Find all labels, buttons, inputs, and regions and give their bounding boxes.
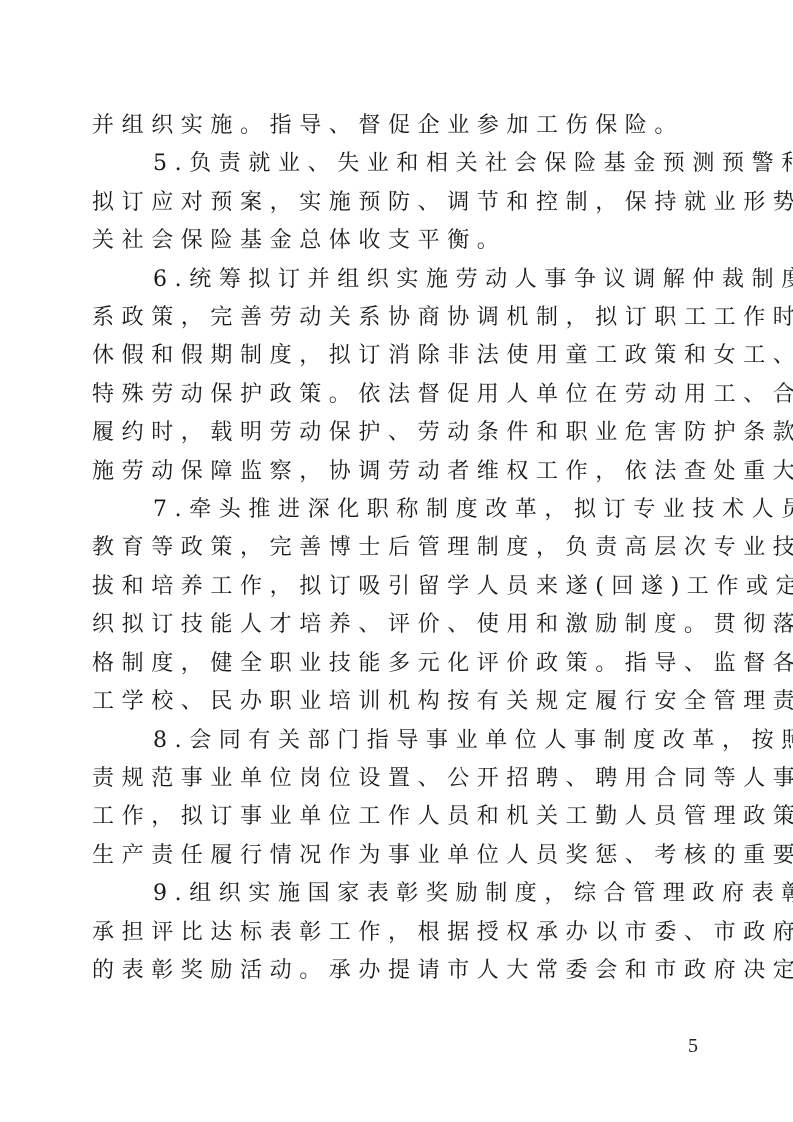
text-line: 织拟订技能人才培养、评价、使用和激励制度。贯彻落实职业资 [92,606,704,644]
paragraph-item-9: 9.组织实施国家表彰奖励制度，综合管理政府表彰奖励工作， 承担评比达标表彰工作，… [92,875,704,990]
paragraph-continuation: 并组织实施。指导、督促企业参加工伤保险。 [92,107,704,145]
paragraph-item-8: 8.会同有关部门指导事业单位人事制度改革，按照管理权限负 责规范事业单位岗位设置… [92,722,704,876]
page-number: 5 [688,1035,698,1058]
text-line: 的表彰奖励活动。承办提请市人大常委会和市政府决定的人事任 [92,952,704,990]
text-line: 8.会同有关部门指导事业单位人事制度改革，按照管理权限负 [92,722,704,760]
text-line: 教育等政策，完善博士后管理制度，负责高层次专业技术人才选 [92,529,704,567]
text-line: 责规范事业单位岗位设置、公开招聘、聘用合同等人事综合管理 [92,760,704,798]
paragraph-item-6: 6.统筹拟订并组织实施劳动人事争议调解仲裁制度和劳动关 系政策，完善劳动关系协商… [92,261,704,491]
text-line: 系政策，完善劳动关系协商协调机制，拟订职工工作时间、休息 [92,299,704,337]
text-line: 施劳动保障监察，协调劳动者维权工作，依法查处重大案件。 [92,453,704,491]
text-line: 格制度，健全职业技能多元化评价政策。指导、监督各级各类技 [92,645,704,683]
paragraph-item-7: 7.牵头推进深化职称制度改革，拟订专业技术人员管理、继续 教育等政策，完善博士后… [92,491,704,721]
text-line: 并组织实施。指导、督促企业参加工伤保险。 [92,107,704,145]
text-line: 7.牵头推进深化职称制度改革，拟订专业技术人员管理、继续 [92,491,704,529]
text-line: 履约时，载明劳动保护、劳动条件和职业危害防护条款。组织实 [92,414,704,452]
text-line: 9.组织实施国家表彰奖励制度，综合管理政府表彰奖励工作， [92,875,704,913]
text-line: 工作，拟订事业单位工作人员和机关工勤人员管理政策，将安全 [92,798,704,836]
text-line: 拟订应对预案，实施预防、调节和控制，保持就业形势稳定和相 [92,184,704,222]
text-line: 6.统筹拟订并组织实施劳动人事争议调解仲裁制度和劳动关 [92,261,704,299]
text-line: 承担评比达标表彰工作，根据授权承办以市委、市政府名义开展 [92,914,704,952]
text-line: 生产责任履行情况作为事业单位人员奖惩、考核的重要内容。 [92,837,704,875]
document-page: 并组织实施。指导、督促企业参加工伤保险。 5.负责就业、失业和相关社会保险基金预… [0,0,793,1122]
text-line: 工学校、民办职业培训机构按有关规定履行安全管理责任。 [92,683,704,721]
text-line: 特殊劳动保护政策。依法督促用人单位在劳动用工、合同签订与 [92,376,704,414]
text-line: 休假和假期制度，拟订消除非法使用童工政策和女工、未成年工 [92,337,704,375]
text-line: 拔和培养工作，拟订吸引留学人员来遂(回遂)工作或定居政策。组 [92,568,704,606]
text-line: 关社会保险基金总体收支平衡。 [92,222,704,260]
text-line: 5.负责就业、失业和相关社会保险基金预测预警和信息引导， [92,145,704,183]
document-body: 并组织实施。指导、督促企业参加工伤保险。 5.负责就业、失业和相关社会保险基金预… [92,107,704,990]
paragraph-item-5: 5.负责就业、失业和相关社会保险基金预测预警和信息引导， 拟订应对预案，实施预防… [92,145,704,260]
